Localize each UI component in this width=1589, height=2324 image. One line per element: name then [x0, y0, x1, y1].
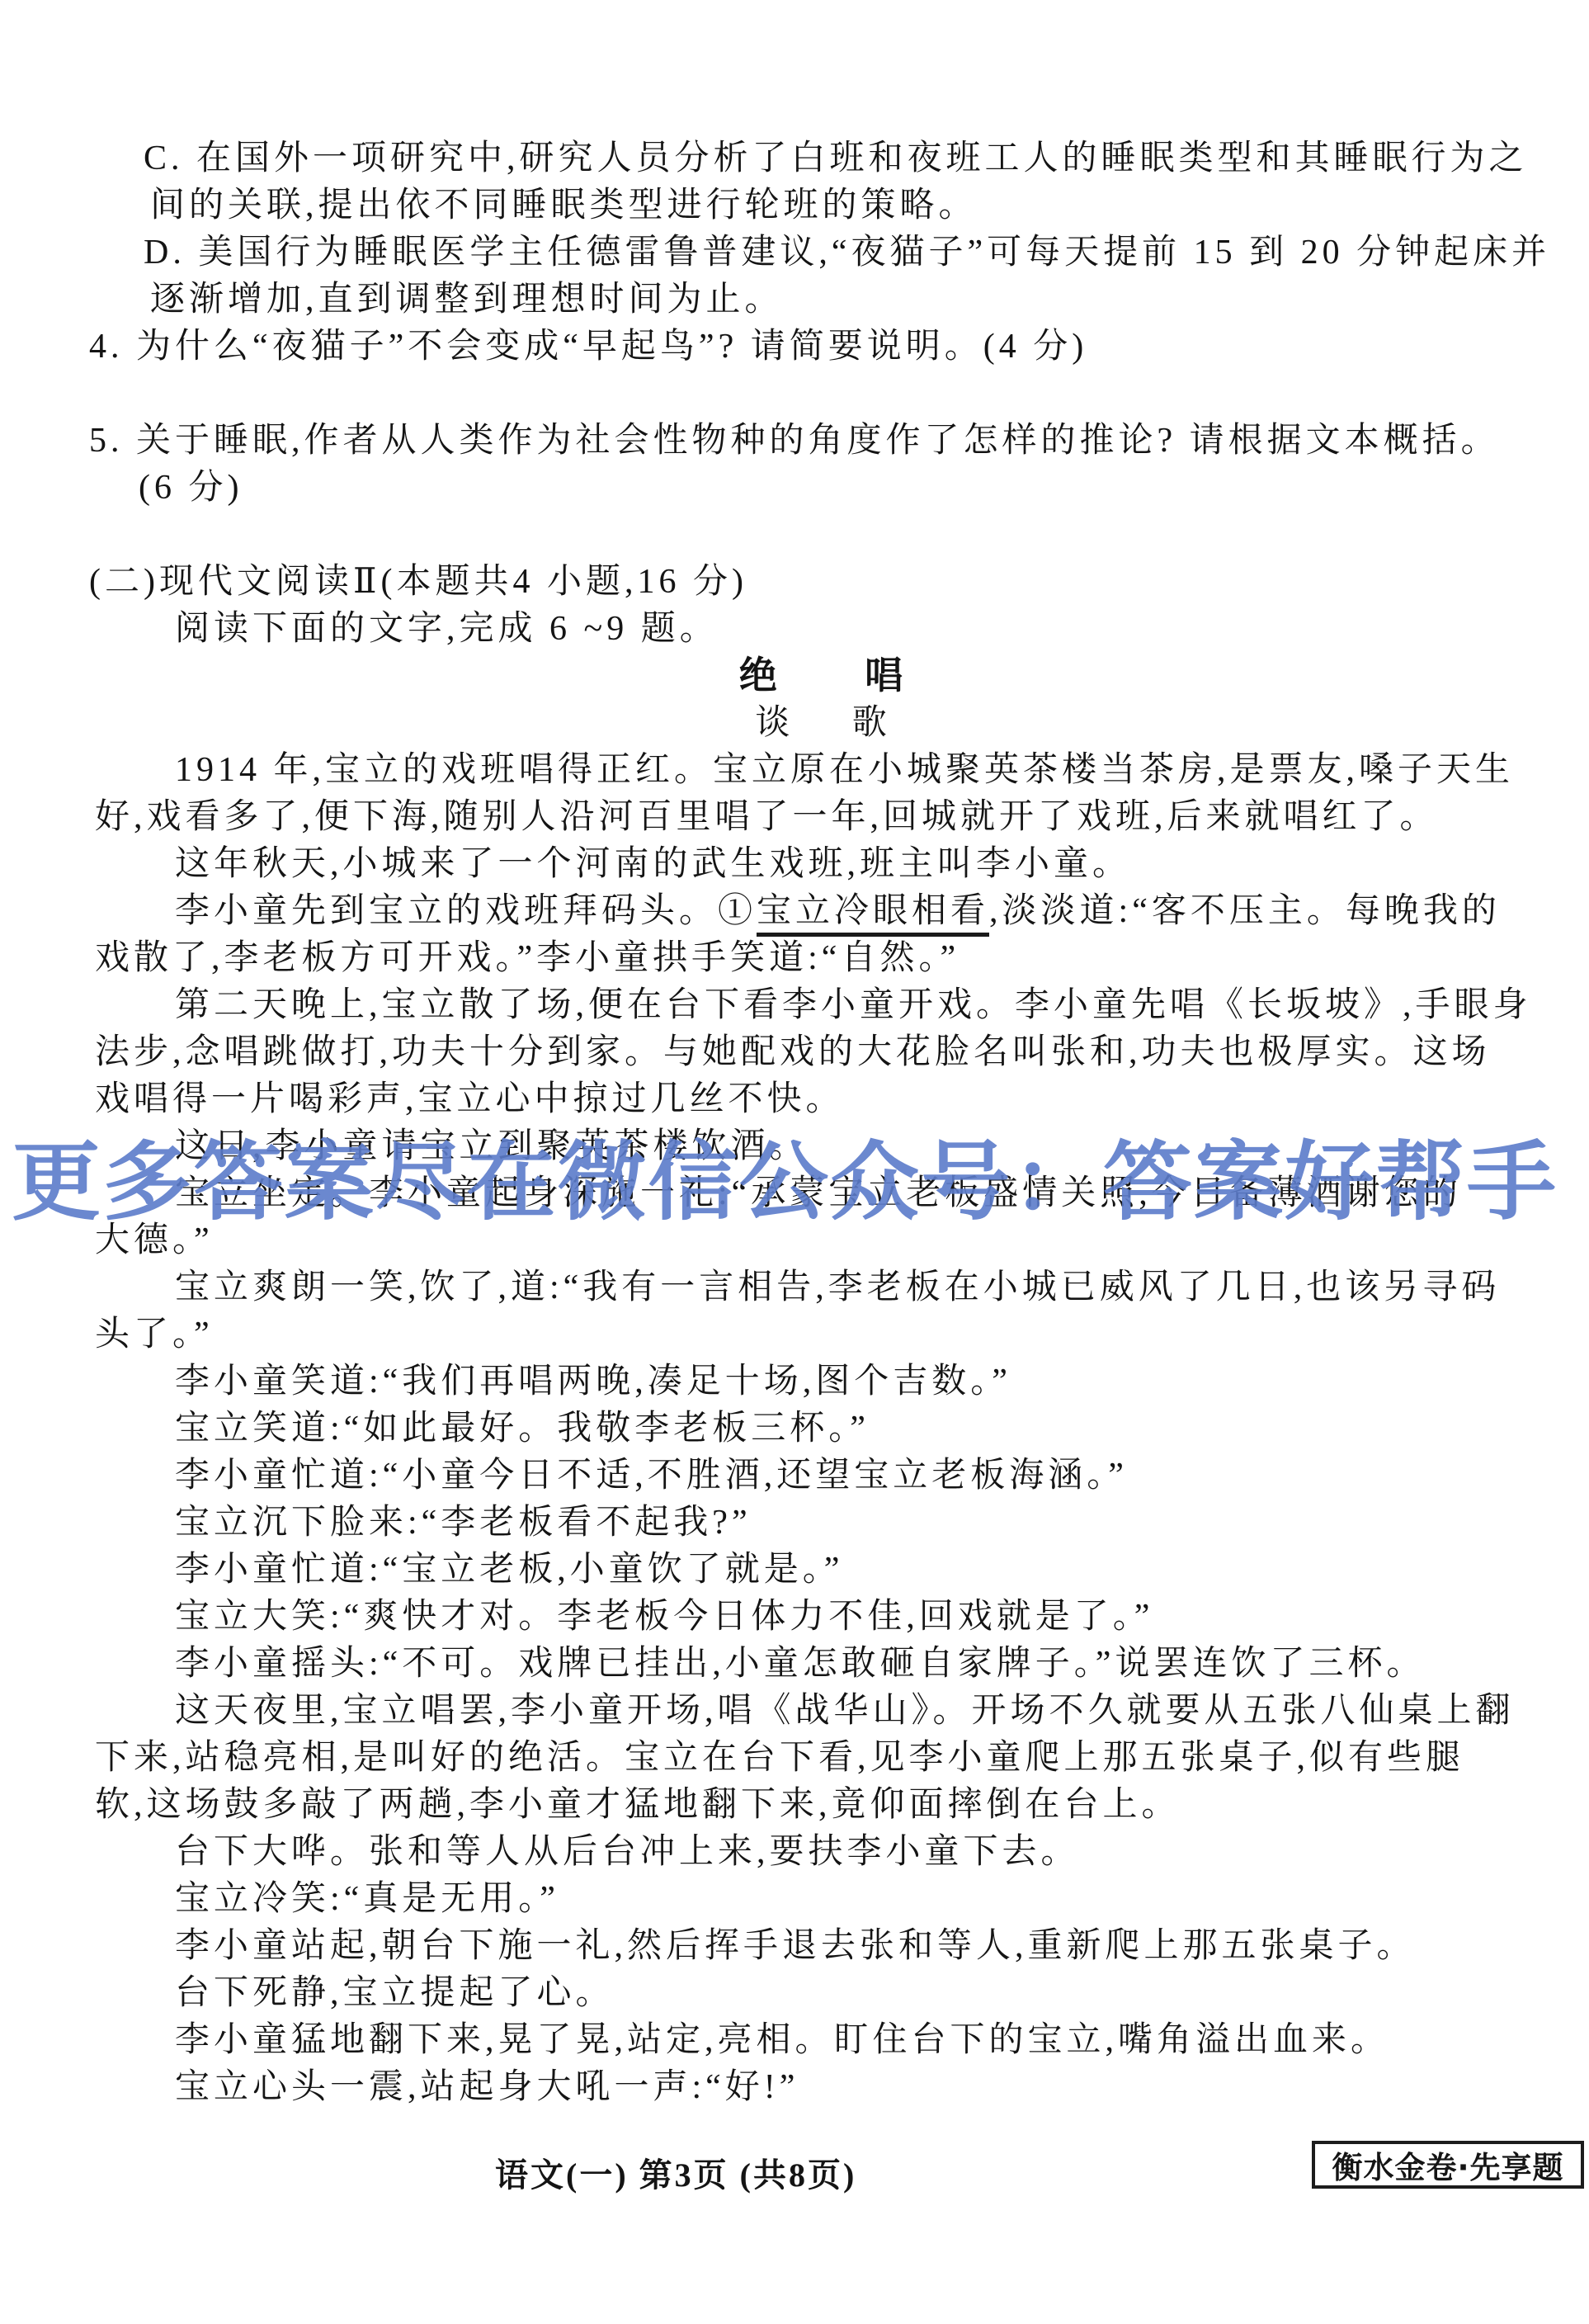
- passage-line: 这天夜里,宝立唱罢,李小童开场,唱《战华山》。开场不久就要从五张八仙桌上翻: [175, 1692, 1515, 1730]
- passage-line: 李小童笑道:“我们再唱两晚,凑足十场,图个吉数。”: [175, 1363, 1011, 1401]
- footer-brand-badge: 衡水金卷·先享题: [1312, 2141, 1584, 2189]
- passage-line: 1914 年,宝立的戏班唱得正红。宝立原在小城聚英茶楼当茶房,是票友,嗓子天生: [175, 751, 1514, 789]
- passage-line: 宝立笑道:“如此最好。我敬李老板三杯。”: [175, 1410, 870, 1448]
- passage-line: 台下死静,宝立提起了心。: [175, 1974, 615, 2012]
- question-5-score: (6 分): [139, 469, 243, 507]
- option-c-line-2: 间的关联,提出依不同睡眠类型进行轮班的策略。: [150, 187, 978, 224]
- footer-page-label: 语文(一) 第3页 (共8页): [495, 2149, 856, 2196]
- passage-line-with-underline: 李小童先到宝立的戏班拜码头。①宝立冷眼相看,淡淡道:“客不压主。每晚我的: [175, 892, 1501, 930]
- underline-pre-text: 李小童先到宝立的戏班拜码头。①: [175, 892, 757, 930]
- passage-line: 宝立心头一震,站起身大吼一声:“好!”: [175, 2068, 799, 2106]
- passage-line: 头了。”: [95, 1316, 214, 1353]
- passage-line: 第二天晚上,宝立散了场,便在台下看李小童开戏。李小童先唱《长坂坡》,手眼身: [175, 986, 1532, 1024]
- underline-post-text: ,淡淡道:“客不压主。每晚我的: [989, 892, 1501, 930]
- passage-line: 李小童摇头:“不可。戏牌已挂出,小童怎敢砸自家牌子。”说罢连饮了三杯。: [175, 1645, 1425, 1683]
- wechat-answers-watermark: 更多答案尽在微信公众号：答案好帮手: [12, 1112, 1589, 1236]
- passage-line: 宝立大笑:“爽快才对。李老板今日体力不佳,回戏就是了。”: [175, 1598, 1153, 1636]
- passage-line: 宝立爽朗一笑,饮了,道:“我有一言相告,李老板在小城已威风了几日,也该另寻码: [175, 1268, 1500, 1306]
- passage-line: 软,这场鼓多敲了两趟,李小童才猛地翻下来,竟仰面摔倒在台上。: [95, 1786, 1181, 1824]
- passage-line: 好,戏看多了,便下海,随别人沿河百里唱了一年,回城就开了戏班,后来就唱红了。: [95, 798, 1439, 836]
- passage-line: 宝立冷笑:“真是无用。”: [175, 1880, 559, 1918]
- section-heading: (二)现代文阅读Ⅱ(本题共4 小题,16 分): [89, 563, 747, 601]
- question-4: 4. 为什么“夜猫子”不会变成“早起鸟”? 请简要说明。(4 分): [89, 328, 1087, 366]
- passage-line: 这年秋天,小城来了一个河南的武生戏班,班主叫李小童。: [175, 845, 1131, 883]
- passage-line: 宝立沉下脸来:“李老板看不起我?”: [175, 1504, 752, 1542]
- passage-author: 谈 歌: [95, 704, 1551, 742]
- option-d-line-1: D. 美国行为睡眠医学主任德雷鲁普建议,“夜猫子”可每天提前 15 到 20 分…: [144, 234, 1550, 272]
- passage-line: 李小童站起,朝台下施一礼,然后挥手退去张和等人,重新爬上那五张桌子。: [175, 1927, 1416, 1965]
- passage-line: 下来,站稳亮相,是叫好的绝活。宝立在台下看,见李小童爬上那五张桌子,似有些腿: [95, 1739, 1464, 1777]
- reading-prompt: 阅读下面的文字,完成 6 ~9 题。: [175, 610, 719, 648]
- question-5: 5. 关于睡眠,作者从人类作为社会性物种的角度作了怎样的推论? 请根据文本概括。: [89, 422, 1500, 460]
- underlined-phrase: 宝立冷眼相看: [757, 892, 989, 937]
- passage-title: 绝 唱: [95, 655, 1551, 697]
- passage-line: 台下大哗。张和等人从后台冲上来,要扶李小童下去。: [175, 1833, 1080, 1871]
- option-c-line-1: C. 在国外一项研究中,研究人员分析了白班和夜班工人的睡眠类型和其睡眠行为之: [144, 139, 1528, 177]
- exam-page: C. 在国外一项研究中,研究人员分析了白班和夜班工人的睡眠类型和其睡眠行为之 间…: [0, 0, 1589, 2324]
- passage-line: 李小童忙道:“宝立老板,小童饮了就是。”: [175, 1551, 843, 1589]
- passage-line: 戏散了,李老板方可开戏。”李小童拱手笑道:“自然。”: [95, 939, 960, 977]
- passage-line: 李小童猛地翻下来,晃了晃,站定,亮相。盯住台下的宝立,嘴角溢出血来。: [175, 2021, 1389, 2059]
- option-d-line-2: 逐渐增加,直到调整到理想时间为止。: [150, 281, 784, 319]
- passage-line: 法步,念唱跳做打,功夫十分到家。与她配戏的大花脸名叫张和,功夫也极厚实。这场: [95, 1033, 1491, 1071]
- passage-line: 李小童忙道:“小童今日不适,不胜酒,还望宝立老板海涵。”: [175, 1457, 1128, 1495]
